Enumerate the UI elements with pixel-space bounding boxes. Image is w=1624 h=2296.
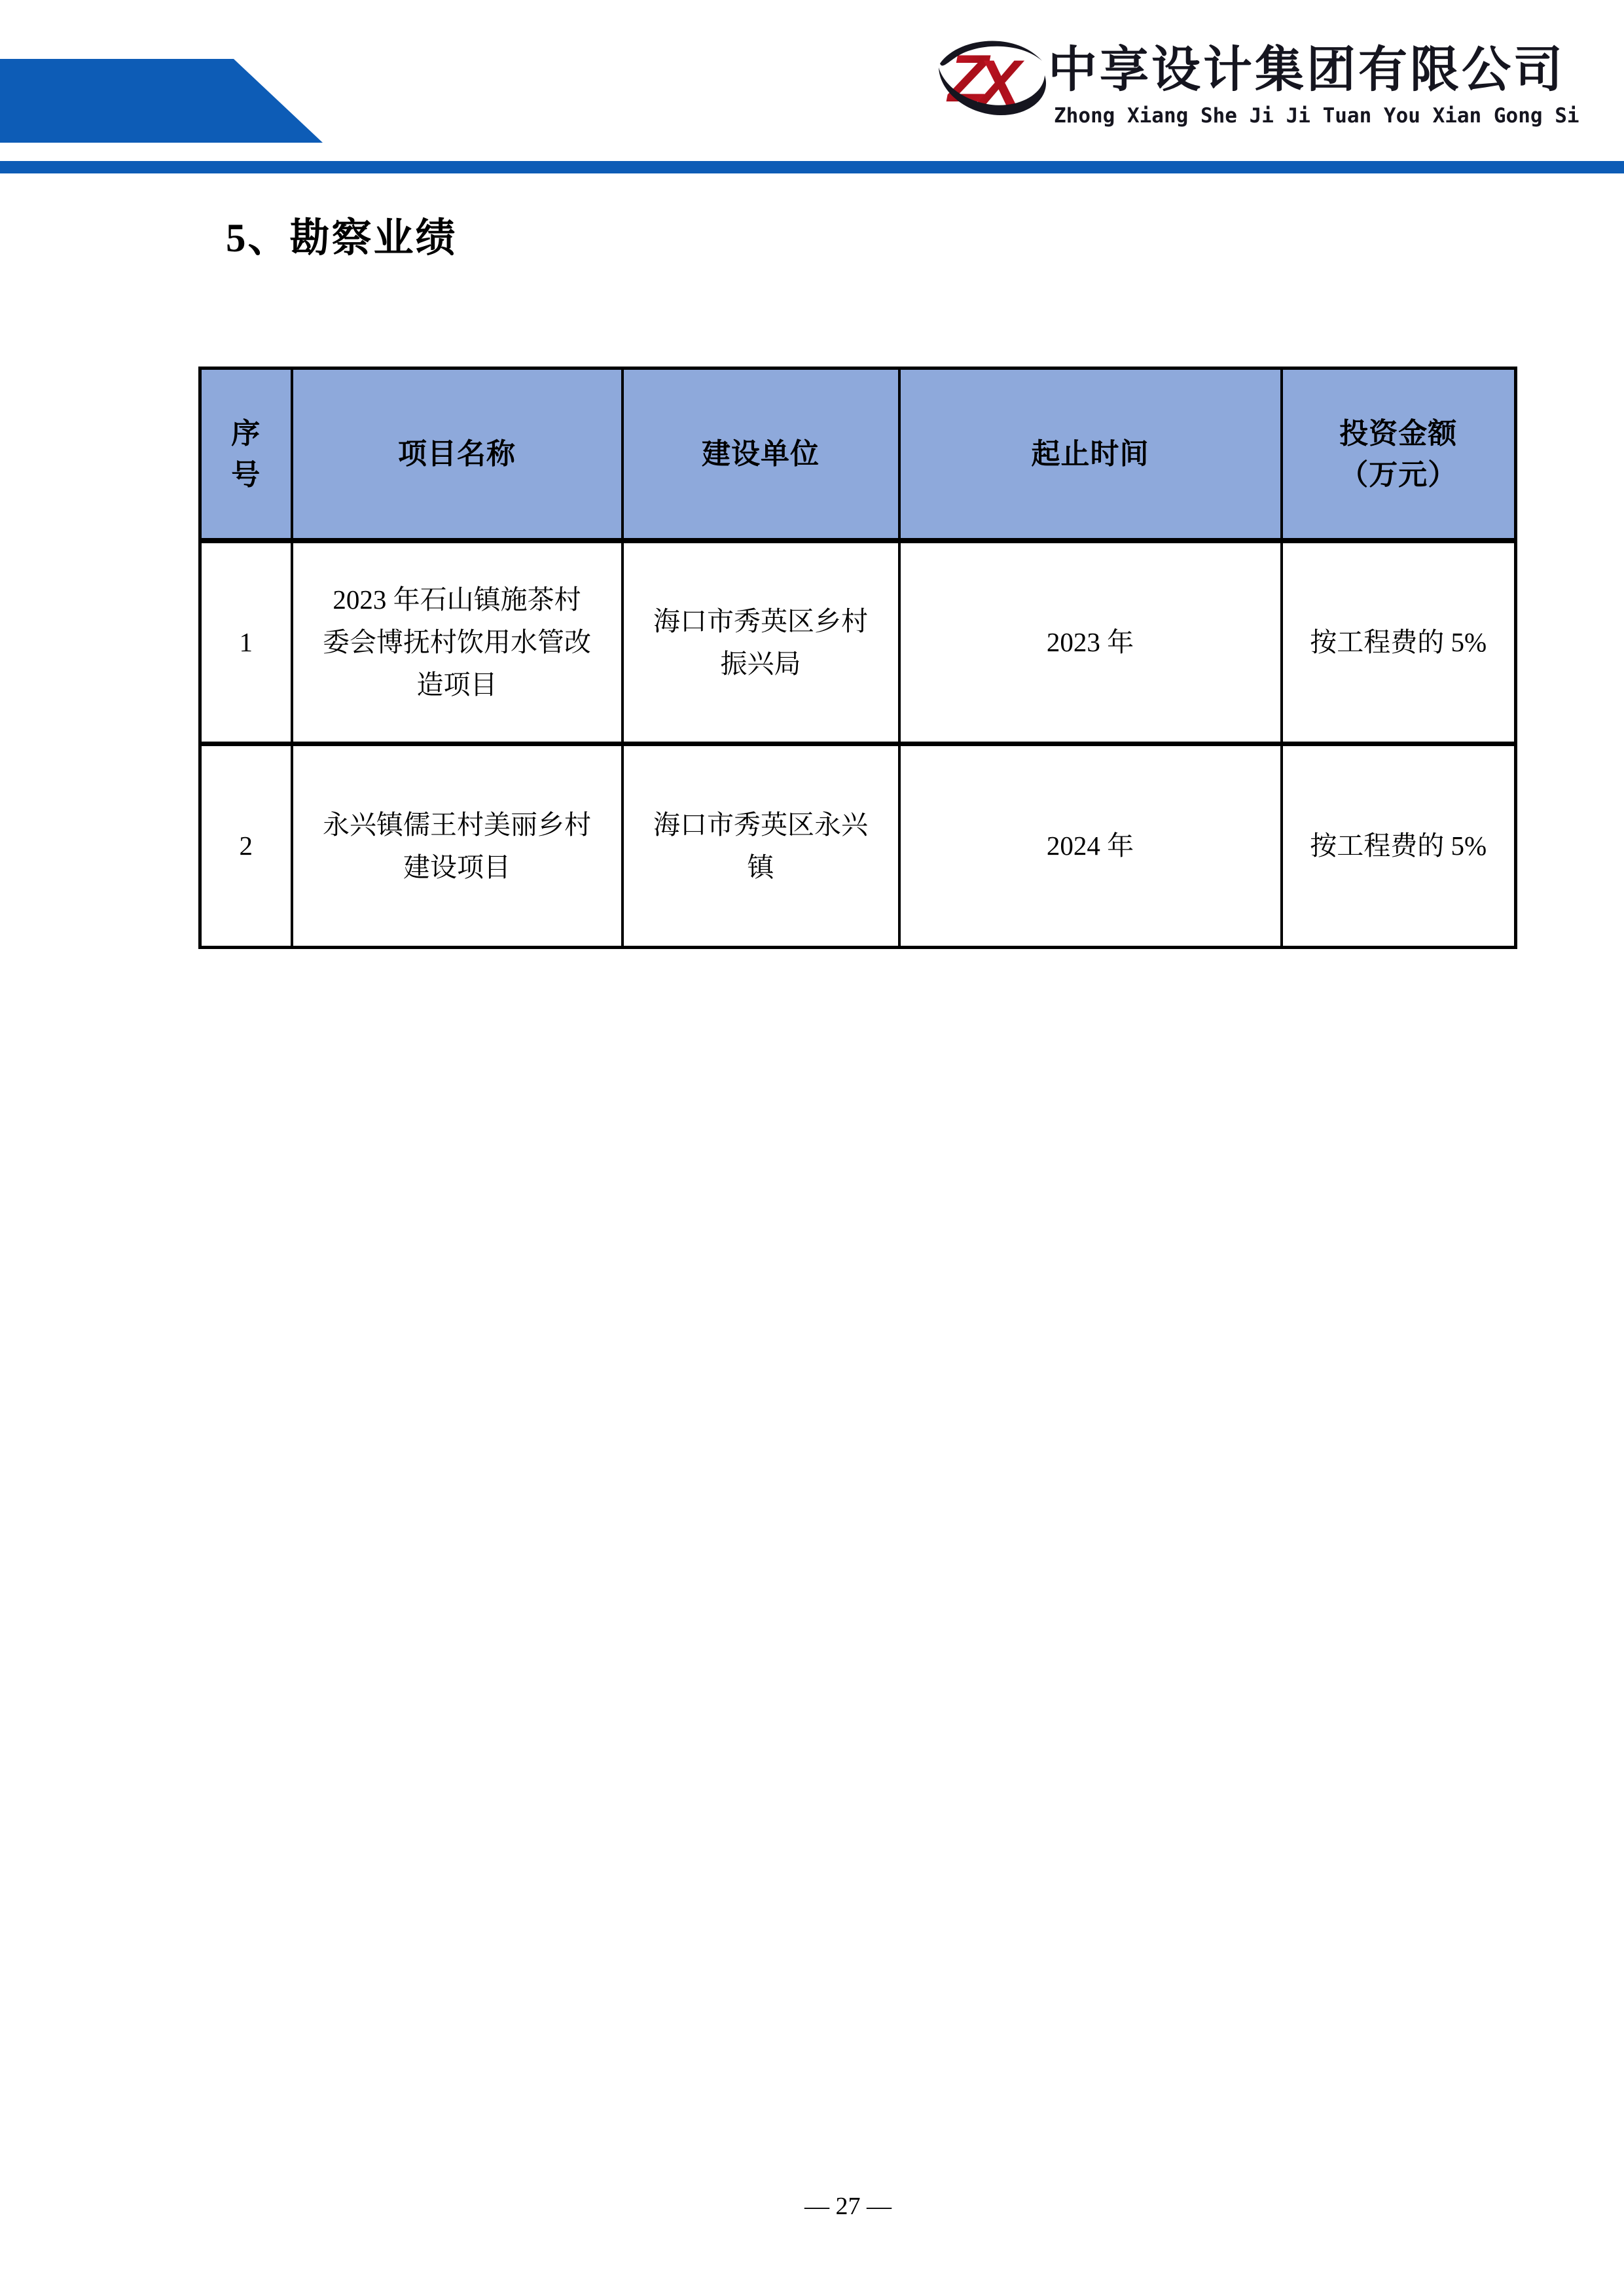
cell-period: 2023 年 bbox=[899, 541, 1282, 744]
cell-no: 2 bbox=[200, 744, 292, 948]
table-header-row: 序 号 项目名称 建设单位 起止时间 投资金额 （万元） bbox=[200, 368, 1516, 541]
cell-no: 1 bbox=[200, 541, 292, 744]
table-row: 1 2023 年石山镇施茶村 委会博抚村饮用水管改 造项目 海口市秀英区乡村 振… bbox=[200, 541, 1516, 744]
company-name-chinese: 中享设计集团有限公司 bbox=[1048, 45, 1578, 97]
cell-period: 2024 年 bbox=[899, 744, 1282, 948]
banner-blue-rule bbox=[0, 161, 1624, 173]
page-number: — 27 — bbox=[36, 2191, 1624, 2221]
cell-name: 2023 年石山镇施茶村 委会博抚村饮用水管改 造项目 bbox=[292, 541, 623, 744]
cell-unit: 海口市秀英区乡村 振兴局 bbox=[623, 541, 899, 744]
col-header-period: 起止时间 bbox=[899, 368, 1282, 541]
banner-trapezoid-shape bbox=[0, 59, 323, 143]
cell-amount: 按工程费的 5% bbox=[1282, 744, 1516, 948]
table-row: 2 永兴镇儒王村美丽乡村 建设项目 海口市秀英区永兴 镇 2024 年 按工程费… bbox=[200, 744, 1516, 948]
col-header-name: 项目名称 bbox=[292, 368, 623, 541]
company-logo-icon: Z X bbox=[936, 36, 1054, 131]
cell-name: 永兴镇儒王村美丽乡村 建设项目 bbox=[292, 744, 623, 948]
document-page: Z X 中享设计集团有限公司 Zhong Xiang She Ji Ji Tua… bbox=[0, 0, 1624, 2296]
col-header-unit: 建设单位 bbox=[623, 368, 899, 541]
cell-unit: 海口市秀英区永兴 镇 bbox=[623, 744, 899, 948]
survey-performance-table: 序 号 项目名称 建设单位 起止时间 投资金额 （万元） 1 2023 年石山镇… bbox=[198, 367, 1517, 949]
col-header-amount: 投资金额 （万元） bbox=[1282, 368, 1516, 541]
cell-amount: 按工程费的 5% bbox=[1282, 541, 1516, 744]
section-title: 5、勘察业绩 bbox=[226, 216, 458, 262]
company-name-pinyin: Zhong Xiang She Ji Ji Tuan You Xian Gong… bbox=[1054, 103, 1584, 129]
col-header-no: 序 号 bbox=[200, 368, 292, 541]
